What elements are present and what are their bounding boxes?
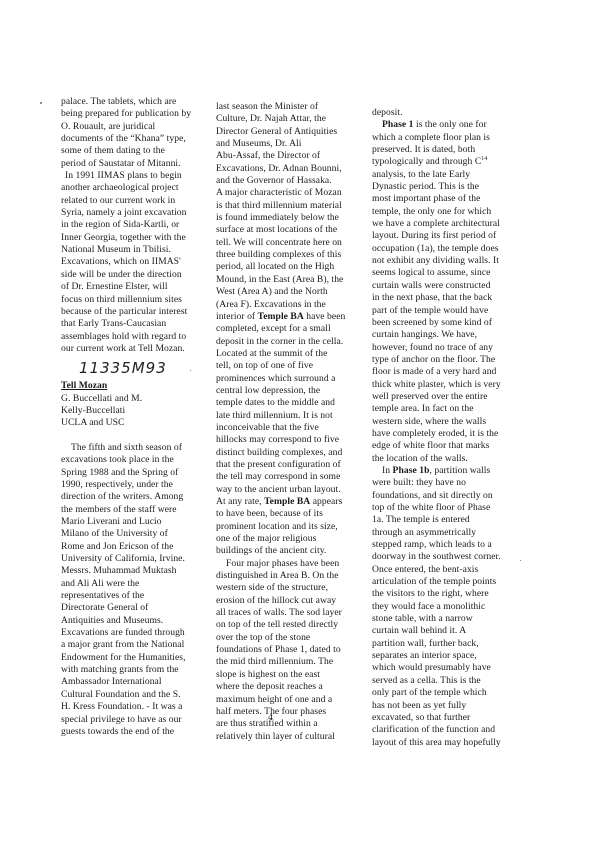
text-line: type of anchor on the floor. The	[372, 354, 520, 366]
text-fragment: have been	[304, 311, 346, 322]
text-line: most important phase of the	[372, 193, 520, 205]
text-line: and Museums, Dr. Ali	[216, 138, 364, 150]
text-column-1: palace. The tablets, which are being pre…	[61, 96, 221, 738]
text-line: representatives of the	[61, 590, 221, 602]
text-line: Excavations are funded through	[61, 627, 221, 639]
paragraph-phase-1: Phase 1 is the only one for which a comp…	[372, 119, 520, 465]
text-line: another archaeological project	[61, 182, 221, 194]
text-line: Ambassador International	[61, 676, 221, 688]
text-line: assemblages hold with regard to	[61, 331, 221, 343]
text-line: guests towards the end of the	[61, 726, 221, 738]
text-line: has not been as yet fully	[372, 700, 520, 712]
text-line: Dynastic period. This is the	[372, 181, 520, 193]
text-line: articulation of the temple points	[372, 576, 520, 588]
scan-speck	[40, 102, 42, 104]
text-line: 1a. The temple is entered	[372, 514, 520, 526]
text-line: edge of white floor that marks	[372, 440, 520, 452]
text-line: Directorate General of	[61, 602, 221, 614]
phase-1b-term: Phase 1b	[393, 465, 430, 476]
text-fragment: is the only one for	[414, 119, 487, 130]
text-line: West (Area A) and the North	[216, 286, 364, 298]
text-line: three building complexes of this	[216, 249, 364, 261]
temple-ba-term: Temple BA	[264, 496, 310, 507]
text-line: tell. We will concentrate here on	[216, 237, 364, 249]
authors-block: G. Buccellati and M. Kelly-Buccellati UC…	[61, 393, 221, 430]
text-fragment: appears	[310, 496, 342, 507]
text-fragment: , partition walls	[429, 465, 490, 476]
text-line: in the next phase, that the back	[372, 292, 520, 304]
text-line: Once entered, the bent-axis	[372, 564, 520, 576]
text-line: that Early Trans-Caucasian	[61, 318, 221, 330]
text-line: Director General of Antiquities	[216, 126, 364, 138]
text-line: excavated, so that further	[372, 712, 520, 724]
text-line: period of Saustatar of Mitanni.	[61, 158, 221, 170]
handwritten-note: 11335M93	[61, 358, 221, 378]
text-line: erosion of the hillock cut away	[216, 595, 364, 607]
text-line: and Ali Ali were the	[61, 578, 221, 590]
text-line: Mario Liverani and Lucio	[61, 516, 221, 528]
text-line: the mid third millennium. The	[216, 656, 364, 668]
text-line: Inner Georgia, together with the	[61, 232, 221, 244]
text-line: completed, except for a small	[216, 323, 364, 335]
text-column-3: deposit. Phase 1 is the only one for whi…	[372, 107, 520, 749]
text-column-2: last season the Minister of Culture, Dr.…	[216, 101, 364, 743]
text-line: the location of the walls.	[372, 453, 520, 465]
text-line: clarification of the function and	[372, 724, 520, 736]
temple-ba-term: Temple BA	[258, 311, 304, 322]
text-line: because of the particular interest	[61, 306, 221, 318]
text-line: however, found no trace of any	[372, 342, 520, 354]
text-line: palace. The tablets, which are	[61, 96, 221, 108]
text-line: Excavations, which on IIMAS'	[61, 256, 221, 268]
text-line: analysis, to the late Early	[372, 169, 520, 181]
author-affiliation: UCLA and USC	[61, 417, 221, 429]
text-line: of Dr. Ernestine Elster, will	[61, 281, 221, 293]
text-line: preserved. It is dated, both	[372, 144, 520, 156]
text-line: were built: they have no	[372, 477, 520, 489]
text-line: prominent location and its size,	[216, 521, 364, 533]
text-line: last season the Minister of	[216, 101, 364, 113]
text-line: A major characteristic of Mozan	[216, 187, 364, 199]
text-line: temple area. In fact on the	[372, 403, 520, 415]
paragraph-seasons: The fifth and sixth season of excavation…	[61, 442, 221, 738]
scan-speck	[520, 560, 521, 561]
text-line: is found immediately below the	[216, 212, 364, 224]
text-line: documents of the “Khana” type,	[61, 133, 221, 145]
text-line: part of the temple would have	[372, 305, 520, 317]
paragraph-phase-1b: In Phase 1b, partition walls were built:…	[372, 465, 520, 749]
text-line: interior of Temple BA have been	[216, 311, 364, 323]
text-line: that the present configuration of	[216, 459, 364, 471]
text-line: served as a cella. This is the	[372, 675, 520, 687]
text-line: well preserved over the entire	[372, 391, 520, 403]
author-line: Kelly-Buccellati	[61, 405, 221, 417]
text-line: National Museum in Tbilisi.	[61, 244, 221, 256]
text-line: separates an interior space,	[372, 650, 520, 662]
text-line: Cultural Foundation and the S.	[61, 689, 221, 701]
text-line: which would presumably have	[372, 662, 520, 674]
text-line: period, all located on the High	[216, 261, 364, 273]
text-line: H. Kress Foundation. - It was a	[61, 701, 221, 713]
text-line: occupation (1a), the temple does	[372, 243, 520, 255]
text-line: central low depression, the	[216, 385, 364, 397]
text-line: Excavations, Dr. Adnan Bounni,	[216, 163, 364, 175]
text-line: In 1991 IIMAS plans to begin	[61, 170, 221, 182]
text-line: is that third millennium material	[216, 200, 364, 212]
text-line: The fifth and sixth season of	[61, 442, 221, 454]
text-line: deposit.	[372, 107, 520, 119]
text-line: Mound, in the East (Area B), the	[216, 274, 364, 286]
text-line: doorway in the southwest corner.	[372, 551, 520, 563]
document-page: palace. The tablets, which are being pre…	[0, 0, 595, 842]
text-line: 1990, respectively, under the	[61, 479, 221, 491]
text-line: they would face a monolithic	[372, 601, 520, 613]
text-line: buildings of the ancient city.	[216, 545, 364, 557]
scan-speck	[190, 370, 191, 371]
text-line: through an asymmetrically	[372, 527, 520, 539]
text-line: partition wall, further back,	[372, 638, 520, 650]
text-line: to have been, because of its	[216, 508, 364, 520]
text-line: layout. During its first period of	[372, 230, 520, 242]
text-line: the members of the staff were	[61, 504, 221, 516]
text-line: where the deposit reaches a	[216, 681, 364, 693]
text-line: hillocks may correspond to five	[216, 434, 364, 446]
text-line: special privilege to have as our	[61, 714, 221, 726]
text-line: been screened by some kind of	[372, 317, 520, 329]
text-line: surface at most locations of the	[216, 224, 364, 236]
text-line: have completely eroded, it is the	[372, 428, 520, 440]
text-line: tell, on top of one of five	[216, 360, 364, 372]
text-line: with matching grants from the	[61, 664, 221, 676]
text-line: Phase 1 is the only one for	[372, 119, 520, 131]
text-line: our current work at Tell Mozan.	[61, 343, 221, 355]
text-line: western side, where the walls	[372, 416, 520, 428]
text-line: only part of the temple which	[372, 687, 520, 699]
paragraph-iimas-plans: In 1991 IIMAS plans to begin another arc…	[61, 170, 221, 355]
text-line: foundations, and sit directly on	[372, 490, 520, 502]
text-line: in the region of Sida-Kartli, or	[61, 219, 221, 231]
text-line: on top of the tell rested directly	[216, 619, 364, 631]
text-line: western side of the structure,	[216, 582, 364, 594]
paragraph-four-phases: Four major phases have been distinguishe…	[216, 558, 364, 743]
text-line: curtain walls were constructed	[372, 280, 520, 292]
text-line: top of the white floor of Phase	[372, 502, 520, 514]
text-line: are thus stratified within a	[216, 718, 364, 730]
text-line: distinct building complexes, and	[216, 447, 364, 459]
text-line: Four major phases have been	[216, 558, 364, 570]
text-line: one of the major religious	[216, 533, 364, 545]
text-line: thick white plaster, which is very	[372, 379, 520, 391]
text-line: over the top of the stone	[216, 632, 364, 644]
page-number: 4	[268, 712, 273, 723]
text-line: Culture, Dr. Najah Attar, the	[216, 113, 364, 125]
text-line: half meters. The four phases	[216, 706, 364, 718]
text-line: the visitors to the right, where	[372, 588, 520, 600]
text-line: slope is highest on the east	[216, 669, 364, 681]
text-line: Messrs. Muhammad Muktash	[61, 565, 221, 577]
text-line: the tell may correspond in some	[216, 471, 364, 483]
phase-1-term: Phase 1	[382, 119, 414, 130]
author-line: G. Buccellati and M.	[61, 393, 221, 405]
text-line: late third millennium. It is not	[216, 410, 364, 422]
text-line: focus on third millennium sites	[61, 294, 221, 306]
text-line: Spring 1988 and the Spring of	[61, 467, 221, 479]
text-line: Antiquities and Museums.	[61, 615, 221, 627]
text-line: Endowment for the Humanities,	[61, 652, 221, 664]
text-line: In Phase 1b, partition walls	[372, 465, 520, 477]
paragraph-palace-tablets: palace. The tablets, which are being pre…	[61, 96, 221, 170]
text-line: distinguished in Area B. On the	[216, 570, 364, 582]
spacer	[61, 430, 221, 442]
text-line: stepped ramp, which leads to a	[372, 539, 520, 551]
text-fragment: In	[382, 465, 393, 476]
text-line: and the Governor of Hassaka.	[216, 175, 364, 187]
text-line: deposit in the corner in the cella.	[216, 336, 364, 348]
text-line: Syria, namely a joint excavation	[61, 207, 221, 219]
text-line: being prepared for publication by	[61, 108, 221, 120]
text-line: prominences which surround a	[216, 373, 364, 385]
text-line: Located at the summit of the	[216, 348, 364, 360]
text-line: typologically and through C14	[372, 156, 520, 168]
text-line: curtain wall behind it. A	[372, 625, 520, 637]
text-line: temple, the only one for which	[372, 206, 520, 218]
text-line: direction of the writers. Among	[61, 491, 221, 503]
text-line: a major grant from the National	[61, 639, 221, 651]
text-line: foundations of Phase 1, dated to	[216, 644, 364, 656]
text-line: maximum height of one and a	[216, 694, 364, 706]
text-line: related to our current work in	[61, 195, 221, 207]
text-line: excavations took place in the	[61, 454, 221, 466]
text-line: relatively thin layer of cultural	[216, 731, 364, 743]
text-line: layout of this area may hopefully	[372, 737, 520, 749]
section-heading: Tell Mozan	[61, 380, 221, 392]
text-line: some of them dating to the	[61, 145, 221, 157]
text-line: temple dates to the middle and	[216, 397, 364, 409]
text-line: stone table, with a narrow	[372, 613, 520, 625]
text-fragment: At any rate,	[216, 496, 264, 507]
text-line: floor is made of a very hard and	[372, 366, 520, 378]
text-line: we have a complete architectural	[372, 218, 520, 230]
text-line: At any rate, Temple BA appears	[216, 496, 364, 508]
text-line: Rome and Jon Ericson of the	[61, 541, 221, 553]
text-line: University of California, Irvine.	[61, 553, 221, 565]
text-fragment: typologically and through C	[372, 156, 481, 167]
text-line: way to the ancient urban layout.	[216, 484, 364, 496]
text-line: inconceivable that the five	[216, 422, 364, 434]
text-line: (Area F). Excavations in the	[216, 299, 364, 311]
text-fragment: interior of	[216, 311, 258, 322]
text-line: all traces of walls. The sod layer	[216, 607, 364, 619]
paragraph-visitors-and-areas: last season the Minister of Culture, Dr.…	[216, 101, 364, 558]
superscript: 14	[481, 156, 487, 162]
text-line: not exhibit any dividing walls. It	[372, 255, 520, 267]
text-line: curtain hangings. We have,	[372, 329, 520, 341]
text-line: which a complete floor plan is	[372, 132, 520, 144]
text-line: O. Rouault, are juridical	[61, 121, 221, 133]
text-line: side will be under the direction	[61, 269, 221, 281]
text-line: seems logical to assume, since	[372, 267, 520, 279]
text-line: Milano of the University of	[61, 528, 221, 540]
text-line: Abu-Assaf, the Director of	[216, 150, 364, 162]
